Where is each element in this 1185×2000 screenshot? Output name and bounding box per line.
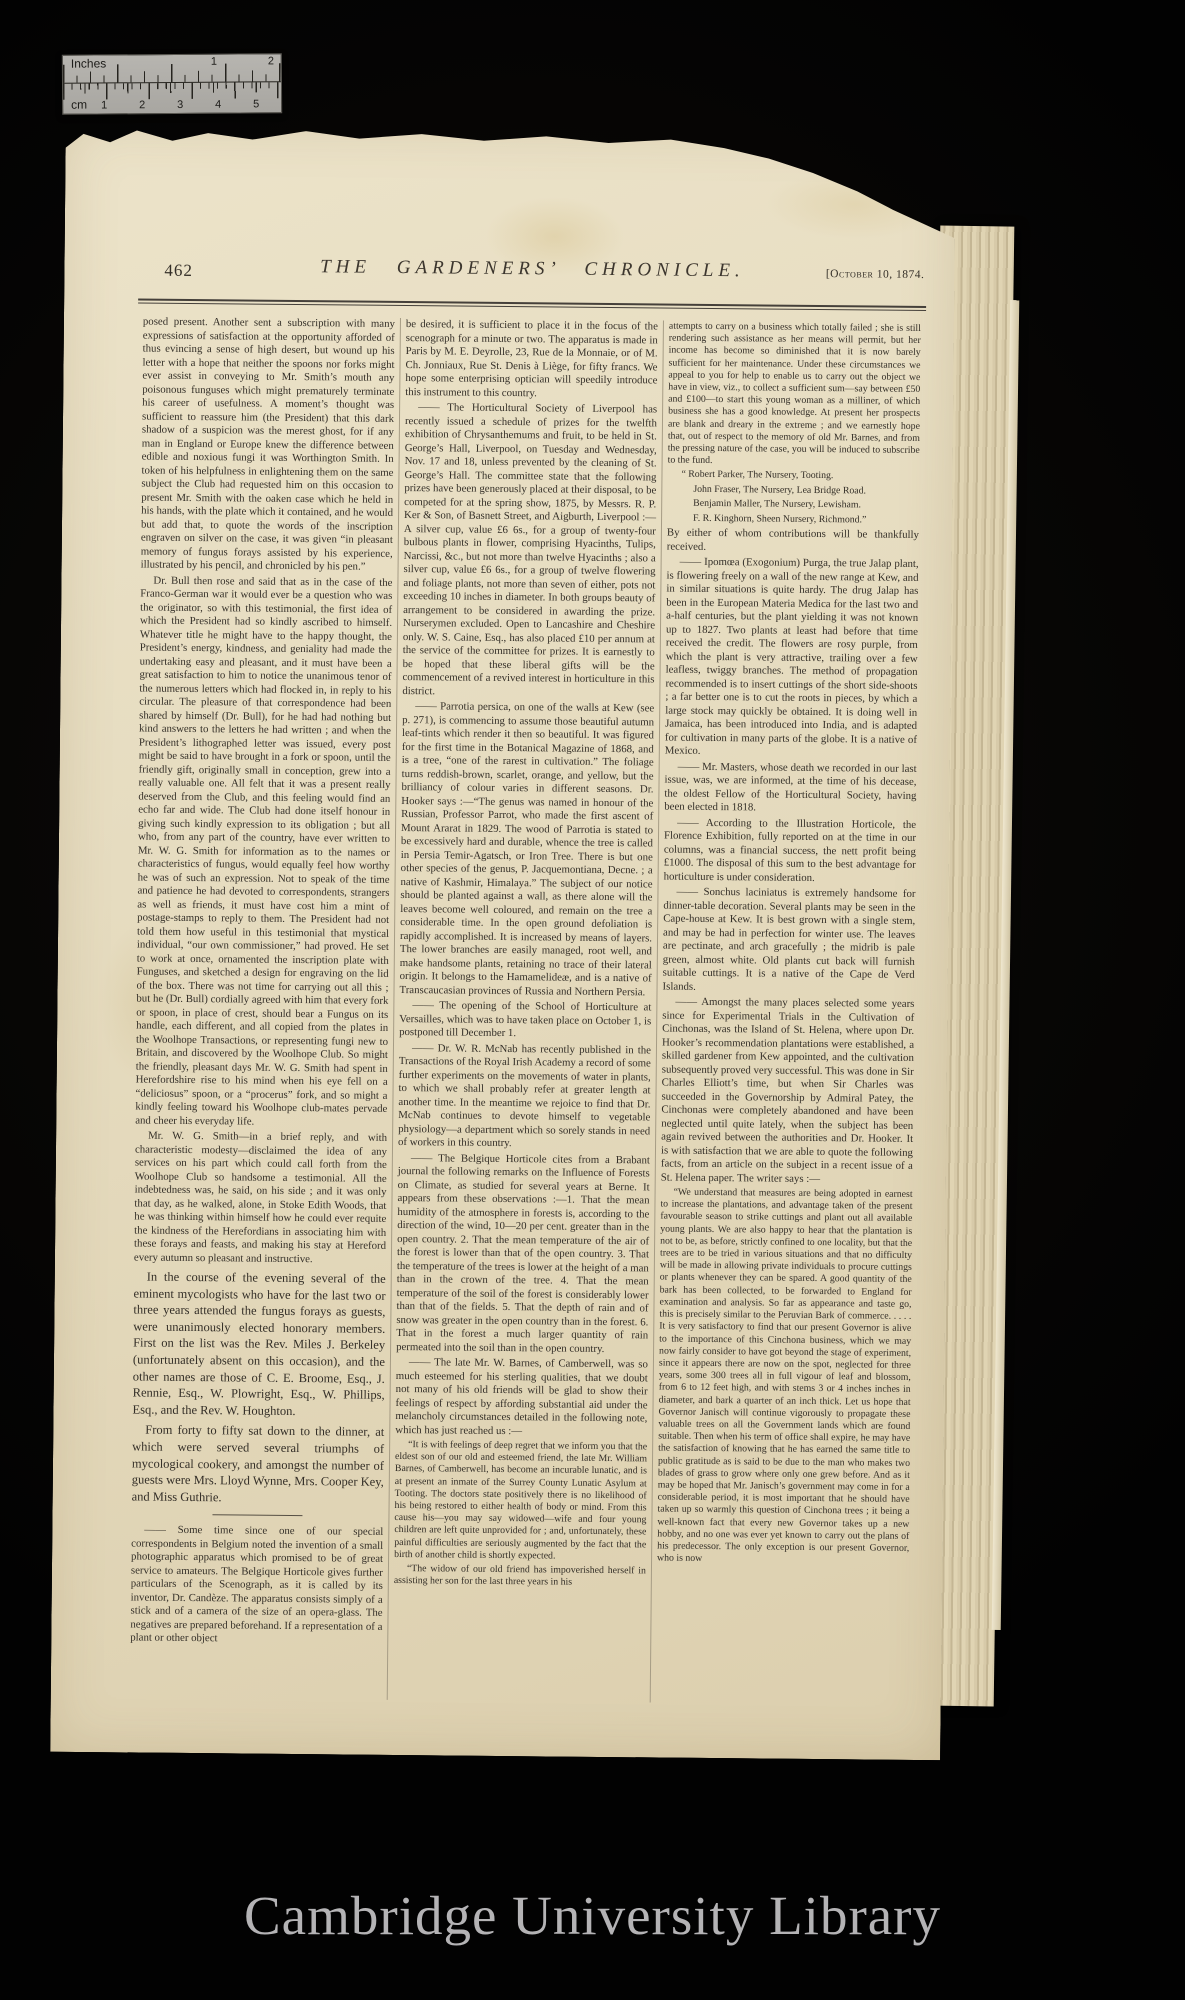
ruler-cm-number: 2 xyxy=(139,99,145,111)
paragraph: attempts to carry on a business which to… xyxy=(668,321,921,470)
measurement-ruler: Inches 1 2 cm 1 2 3 4 5 xyxy=(62,53,282,115)
paragraph: Benjamin Maller, The Nursery, Lewisham. xyxy=(693,498,919,513)
column-1: posed present. Another sent a subscripti… xyxy=(125,315,400,1699)
paragraph: —— Mr. Masters, whose death we recorded … xyxy=(664,760,917,816)
paragraph: From forty to fifty sat down to the dinn… xyxy=(132,1422,385,1507)
paragraph: —— The opening of the School of Horticul… xyxy=(399,999,651,1042)
paragraph: “We understand that measures are being a… xyxy=(657,1187,913,1568)
ruler-cm-number: 5 xyxy=(253,98,259,110)
ruler-inches-scale: Inches 1 2 xyxy=(63,54,281,84)
ruler-cm-number: 3 xyxy=(177,99,183,111)
ruler-cm-number: 4 xyxy=(215,99,221,111)
ruler-cm-number: 1 xyxy=(101,99,107,111)
paragraph: “The widow of our old friend has impover… xyxy=(394,1563,646,1590)
paragraph: In the course of the evening several of … xyxy=(132,1268,385,1420)
section-divider xyxy=(212,1515,302,1517)
paragraph: —— The late Mr. W. Barnes, of Camberwell… xyxy=(395,1356,648,1439)
running-head: 462 THE GARDENERS’ CHRONICLE. [October 1… xyxy=(138,252,926,304)
paragraph: —— According to the Illustration Hortico… xyxy=(664,816,917,886)
paper-stain xyxy=(765,168,946,240)
ruler-cm-label: cm xyxy=(71,98,87,112)
issue-date: [October 10, 1874. xyxy=(826,268,925,281)
paragraph: “ Robert Parker, The Nursery, Tooting. xyxy=(681,469,919,484)
library-watermark: Cambridge University Library xyxy=(0,1884,1185,1947)
paragraph: Dr. Bull then rose and said that as in t… xyxy=(135,574,392,1130)
paragraph: John Fraser, The Nursery, Lea Bridge Roa… xyxy=(693,484,919,499)
paragraph: —— Amongst the many places selected some… xyxy=(661,996,915,1187)
paragraph: —— The Horticultural Society of Liverpoo… xyxy=(402,401,657,700)
paragraph: Mr. W. G. Smith—in a brief reply, and wi… xyxy=(134,1129,387,1266)
paragraph: By either of whom contributions will be … xyxy=(667,527,919,556)
photograph-background: Inches 1 2 cm 1 2 3 4 5 462 THE GARDENER… xyxy=(0,0,1185,2000)
text-columns: posed present. Another sent a subscripti… xyxy=(125,315,926,1705)
paragraph: —— Dr. W. R. McNab has recently publishe… xyxy=(398,1042,651,1152)
ruler-inches-label: Inches xyxy=(71,56,106,70)
paragraph: —— Parrotia persica, on one of the walls… xyxy=(399,700,654,999)
paragraph: —— Some time since one of our special co… xyxy=(130,1524,383,1648)
journal-title: THE GARDENERS’ CHRONICLE. xyxy=(138,254,926,284)
paragraph: be desired, it is sufficient to place it… xyxy=(405,318,658,401)
paragraph: —— Ipomœa (Exogonium) Purga, the true Ja… xyxy=(665,556,919,761)
paragraph: F. R. Kinghorn, Sheen Nursery, Richmond.… xyxy=(693,512,919,527)
ruler-inch-number: 2 xyxy=(268,55,274,67)
column-2: be desired, it is sufficient to place it… xyxy=(387,318,663,1702)
paragraph: “It is with feelings of deep regret that… xyxy=(394,1439,647,1563)
ruler-cm-scale: cm 1 2 3 4 5 xyxy=(63,82,281,113)
ruler-inch-number: 1 xyxy=(211,56,217,68)
paragraph: —— Sonchus laciniatus is extremely hands… xyxy=(663,886,916,996)
page-content: 462 THE GARDENERS’ CHRONICLE. [October 1… xyxy=(125,252,927,1704)
column-3: attempts to carry on a business which to… xyxy=(650,321,926,1705)
paragraph: posed present. Another sent a subscripti… xyxy=(141,316,395,575)
paragraph: —— The Belgique Horticole cites from a B… xyxy=(396,1152,650,1357)
scanned-page: 462 THE GARDENERS’ CHRONICLE. [October 1… xyxy=(50,122,956,1760)
